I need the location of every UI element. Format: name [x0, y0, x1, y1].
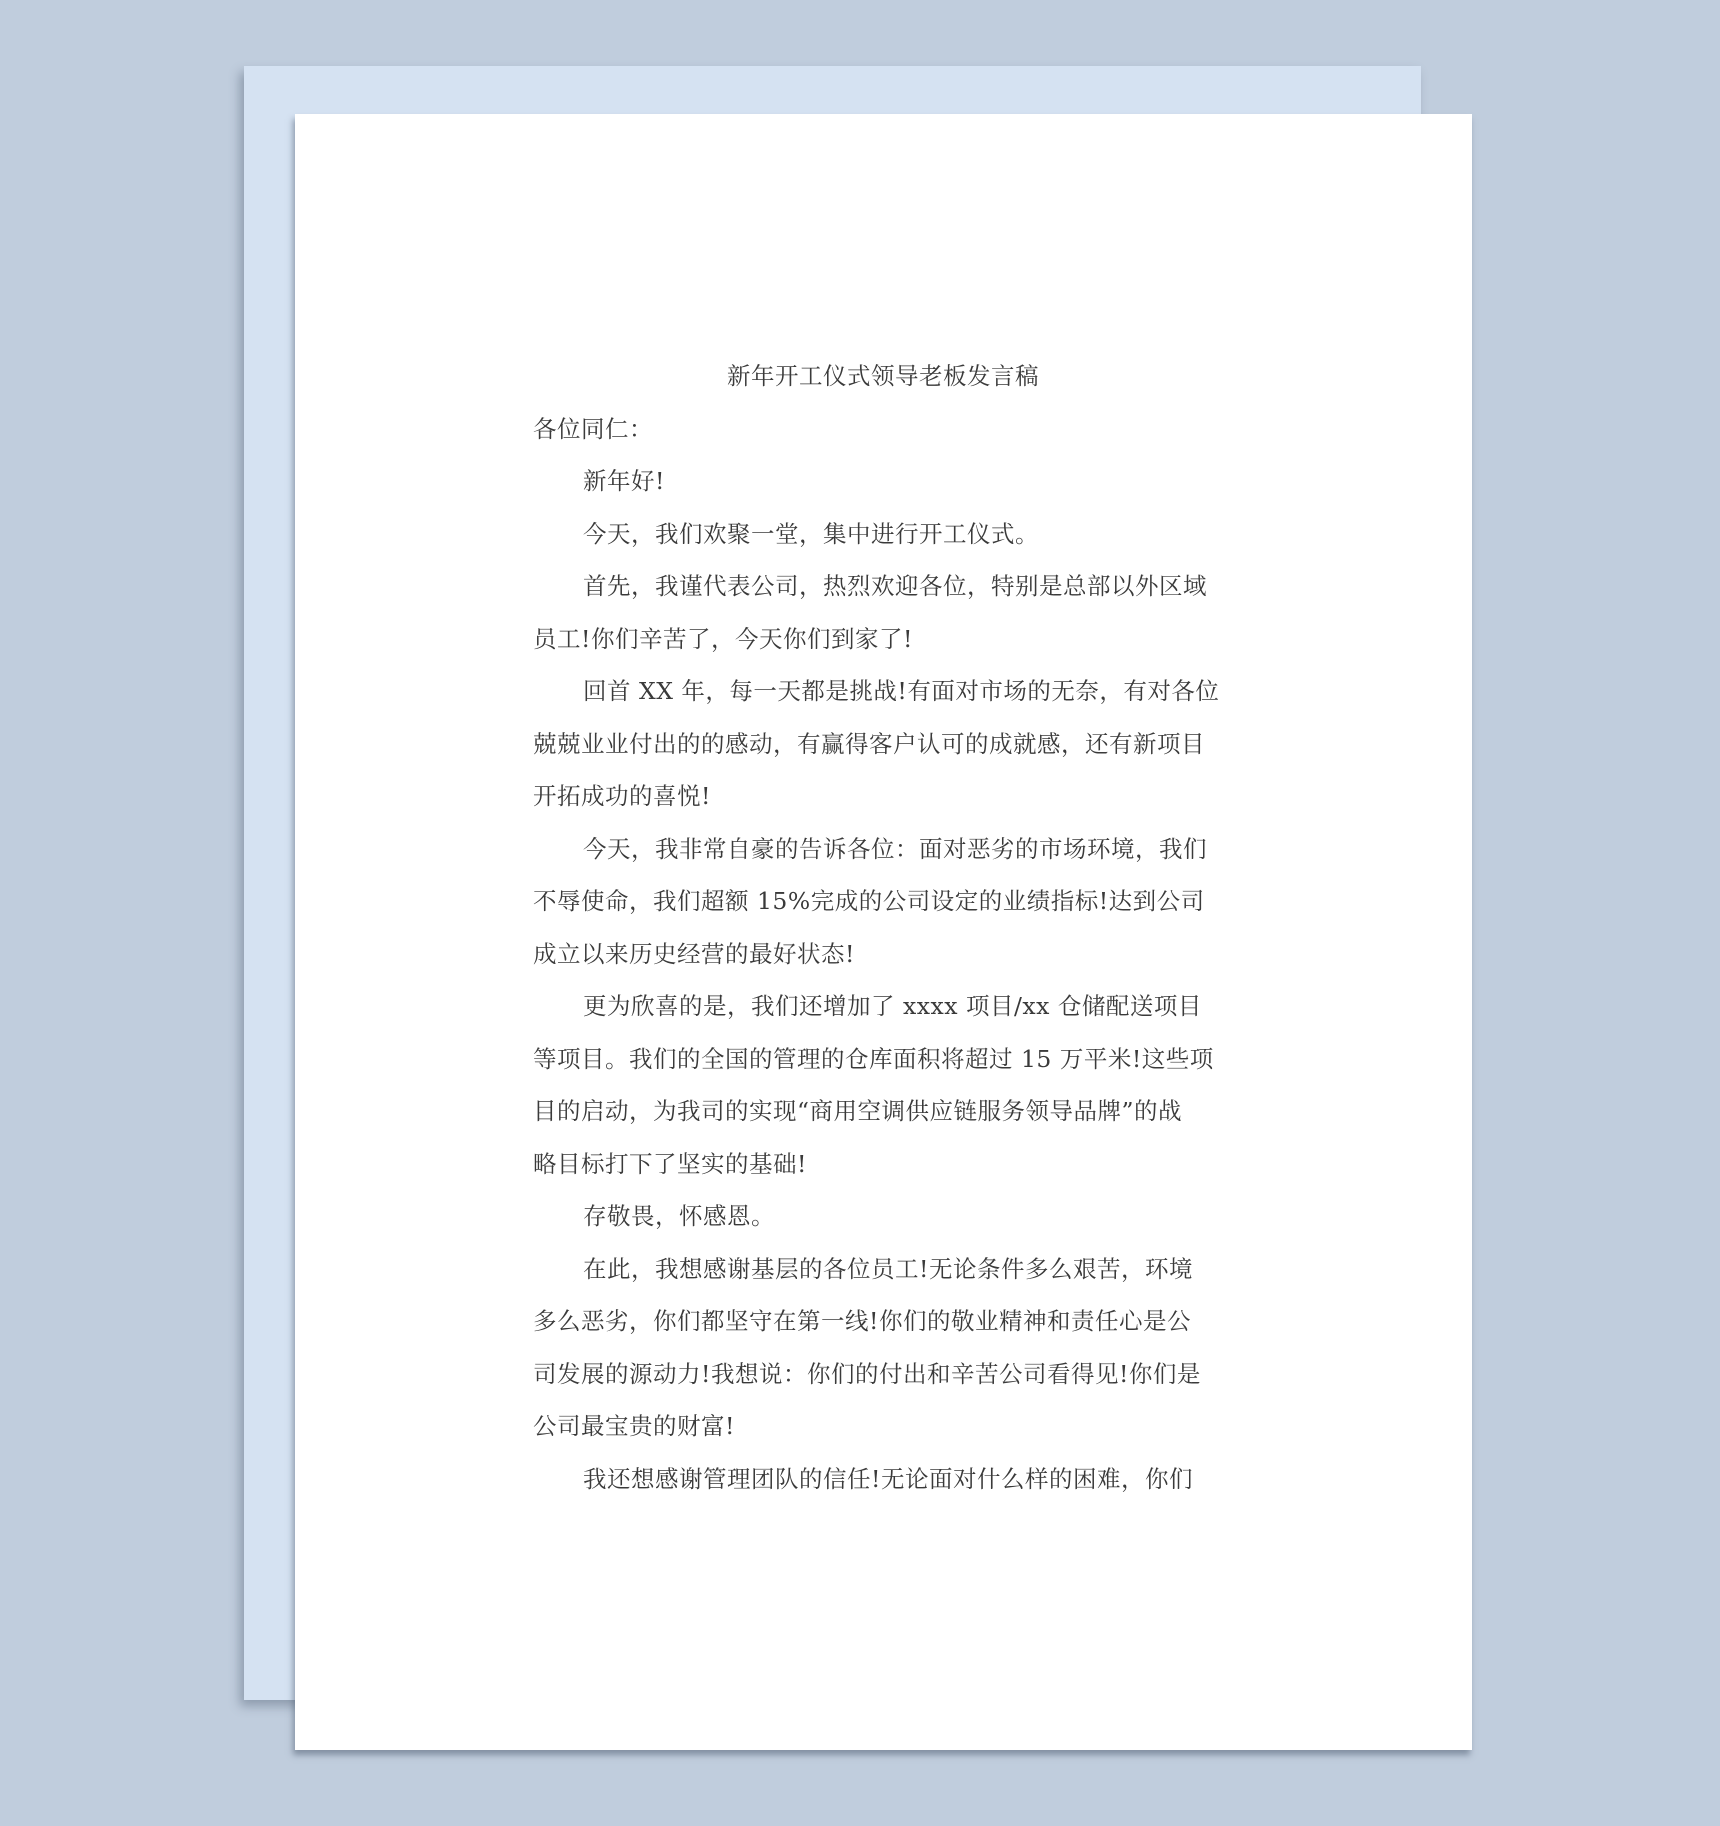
text-line: 等项目。我们的全国的管理的仓库面积将超过 15 万平米!这些项 [533, 1033, 1233, 1086]
text-line: 员工!你们辛苦了，今天你们到家了! [533, 613, 1233, 666]
text-line: 新年好! [533, 455, 1233, 508]
text-line: 更为欣喜的是，我们还增加了 xxxx 项目/xx 仓储配送项目 [533, 980, 1233, 1033]
text-line: 开拓成功的喜悦! [533, 770, 1233, 823]
text-line: 成立以来历史经营的最好状态! [533, 928, 1233, 981]
text-line: 我还想感谢管理团队的信任!无论面对什么样的困难，你们 [533, 1453, 1233, 1506]
text-line: 公司最宝贵的财富! [533, 1400, 1233, 1453]
text-line: 回首 XX 年，每一天都是挑战!有面对市场的无奈，有对各位 [533, 665, 1233, 718]
document-text: 各位同仁：新年好!今天，我们欢聚一堂，集中进行开工仪式。首先，我谨代表公司，热烈… [533, 403, 1233, 1506]
document-title: 新年开工仪式领导老板发言稿 [533, 350, 1233, 403]
text-line: 多么恶劣，你们都坚守在第一线!你们的敬业精神和责任心是公 [533, 1295, 1233, 1348]
text-line: 存敬畏，怀感恩。 [533, 1190, 1233, 1243]
text-line: 今天，我们欢聚一堂，集中进行开工仪式。 [533, 508, 1233, 561]
text-line: 兢兢业业付出的的感动，有赢得客户认可的成就感，还有新项目 [533, 718, 1233, 771]
text-line: 各位同仁： [533, 403, 1233, 456]
document-page: 新年开工仪式领导老板发言稿 各位同仁：新年好!今天，我们欢聚一堂，集中进行开工仪… [295, 114, 1472, 1750]
document-body: 新年开工仪式领导老板发言稿 各位同仁：新年好!今天，我们欢聚一堂，集中进行开工仪… [533, 350, 1233, 1505]
text-line: 首先，我谨代表公司，热烈欢迎各位，特别是总部以外区域 [533, 560, 1233, 613]
text-line: 不辱使命，我们超额 15%完成的公司设定的业绩指标!达到公司 [533, 875, 1233, 928]
text-line: 目的启动，为我司的实现“商用空调供应链服务领导品牌”的战 [533, 1085, 1233, 1138]
text-line: 今天，我非常自豪的告诉各位：面对恶劣的市场环境，我们 [533, 823, 1233, 876]
text-line: 略目标打下了坚实的基础! [533, 1138, 1233, 1191]
text-line: 司发展的源动力!我想说：你们的付出和辛苦公司看得见!你们是 [533, 1348, 1233, 1401]
text-line: 在此，我想感谢基层的各位员工!无论条件多么艰苦，环境 [533, 1243, 1233, 1296]
